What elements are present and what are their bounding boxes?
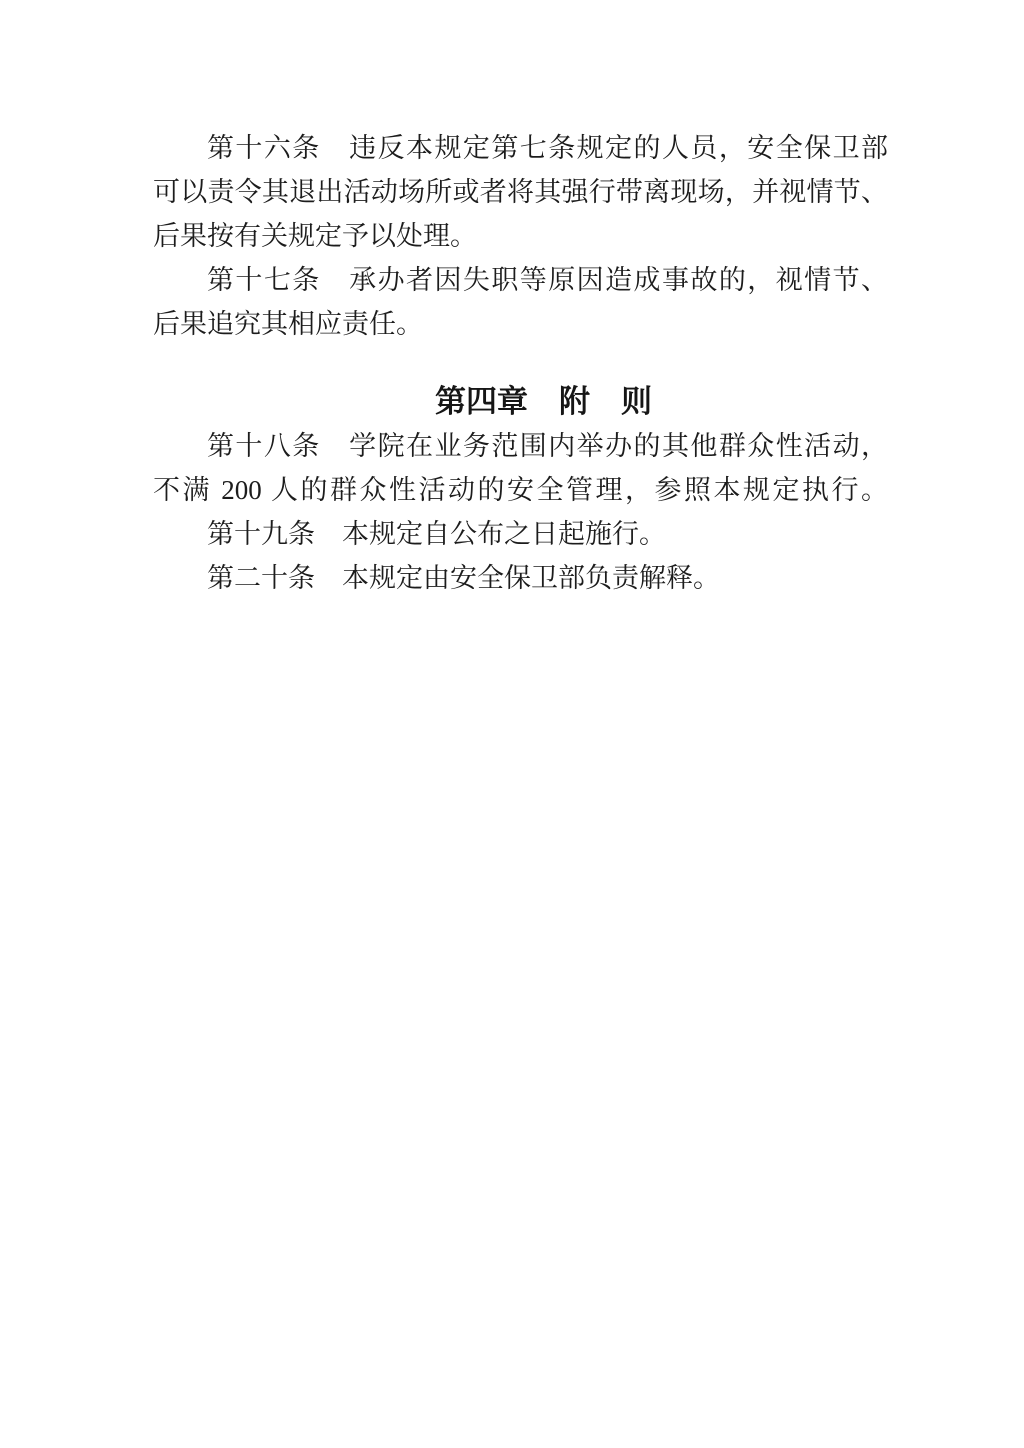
text-line: 第十七条 承办者因失职等原因造成事故的，视情节、: [153, 258, 888, 302]
text-line: 可以责令其退出活动场所或者将其强行带离现场，并视情节、: [153, 170, 888, 214]
document-page: 第十六条 违反本规定第七条规定的人员，安全保卫部 可以责令其退出活动场所或者将其…: [0, 0, 1024, 1448]
document-content: 第十六条 违反本规定第七条规定的人员，安全保卫部 可以责令其退出活动场所或者将其…: [153, 126, 888, 600]
paragraph-article-20: 第二十条 本规定由安全保卫部负责解释。: [153, 556, 888, 600]
chapter-heading: 第四章 附 则: [153, 380, 888, 424]
paragraph-article-17: 第十七条 承办者因失职等原因造成事故的，视情节、 后果追究其相应责任。: [153, 258, 888, 346]
paragraph-article-18: 第十八条 学院在业务范围内举办的其他群众性活动， 不满 200 人的群众性活动的…: [153, 424, 888, 512]
text-line: 第十八条 学院在业务范围内举办的其他群众性活动，: [153, 424, 888, 468]
text-line: 后果追究其相应责任。: [153, 302, 888, 346]
text-line: 不满 200 人的群众性活动的安全管理，参照本规定执行。: [153, 468, 888, 512]
text-line: 第二十条 本规定由安全保卫部负责解释。: [153, 556, 888, 600]
paragraph-article-19: 第十九条 本规定自公布之日起施行。: [153, 512, 888, 556]
text-line: 后果按有关规定予以处理。: [153, 214, 888, 258]
text-line: 第十六条 违反本规定第七条规定的人员，安全保卫部: [153, 126, 888, 170]
paragraph-article-16: 第十六条 违反本规定第七条规定的人员，安全保卫部 可以责令其退出活动场所或者将其…: [153, 126, 888, 258]
text-line: 第十九条 本规定自公布之日起施行。: [153, 512, 888, 556]
